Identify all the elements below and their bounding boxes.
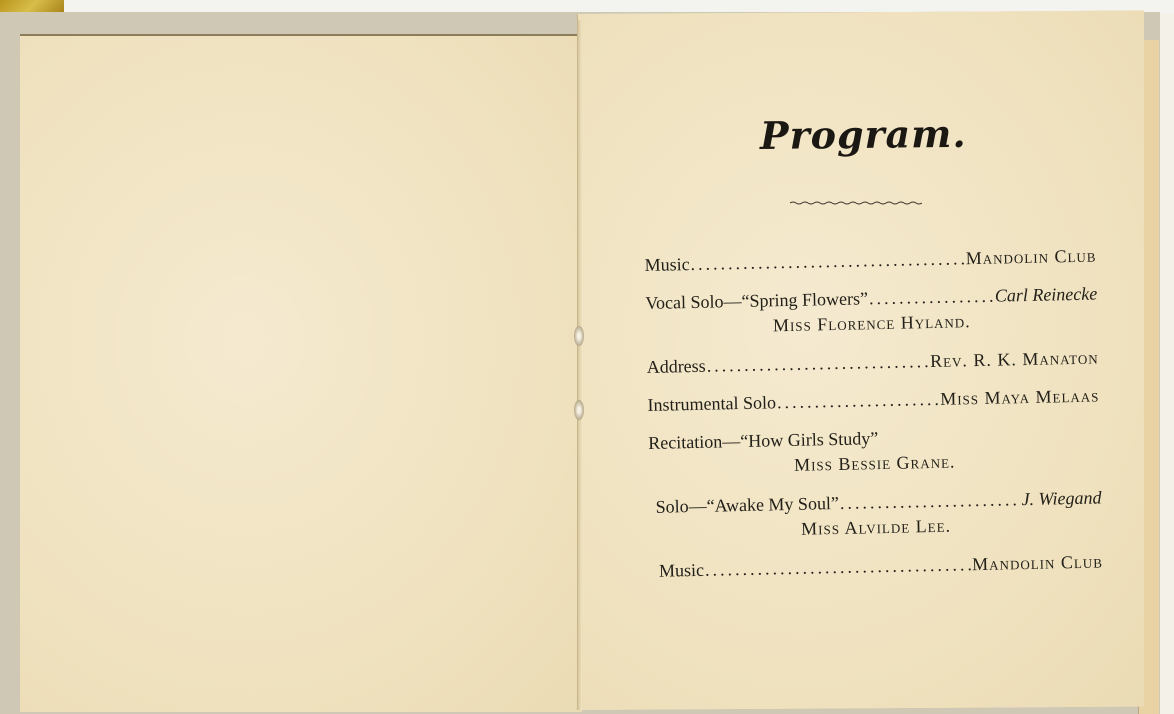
program-item-address: Address Rev. R. K. Manaton [646, 345, 1098, 378]
item-label: Recitation—“How Girls Study” [648, 428, 878, 454]
item-composer: Carl Reinecke [995, 284, 1098, 307]
staple-icon [574, 326, 584, 346]
leader-dots [777, 389, 940, 413]
item-performer: Mandolin Club [972, 551, 1103, 575]
item-label: Instrumental Solo [647, 392, 776, 416]
item-label: Music [659, 560, 704, 582]
program-list: Music Mandolin Club Vocal Solo—“Spring F… [644, 229, 1103, 582]
item-performer: Mandolin Club [966, 246, 1097, 270]
item-label: Vocal Solo—“Spring Flowers” [645, 288, 868, 314]
item-label: Music [644, 254, 689, 276]
item-performer: Rev. R. K. Manaton [930, 348, 1099, 373]
item-label: Address [646, 356, 705, 378]
item-performer-line: Miss Florence Hyland. [646, 309, 1098, 340]
item-label: Solo—“Awake My Soul” [655, 493, 839, 518]
wavy-divider-icon [790, 200, 922, 206]
item-performer-line: Miss Bessie Grane. [649, 448, 1101, 479]
page-title: Program. [760, 111, 950, 158]
leader-dots [840, 489, 1021, 514]
leader-dots [706, 351, 929, 377]
program-item-instrumental-solo: Instrumental Solo Miss Maya Melaas [647, 383, 1099, 416]
leader-dots [690, 248, 965, 275]
program-item-music-1: Music Mandolin Club [644, 243, 1096, 276]
item-performer-line: Miss Alvilde Lee. [650, 512, 1102, 543]
item-performer: Miss Maya Melaas [940, 385, 1100, 409]
item-composer: J. Wiegand [1021, 487, 1101, 510]
leader-dots [869, 286, 994, 310]
staple-icon [574, 400, 584, 420]
spine-fold [578, 20, 582, 710]
left-page-blank [20, 34, 582, 712]
gold-ribbon [0, 0, 64, 12]
